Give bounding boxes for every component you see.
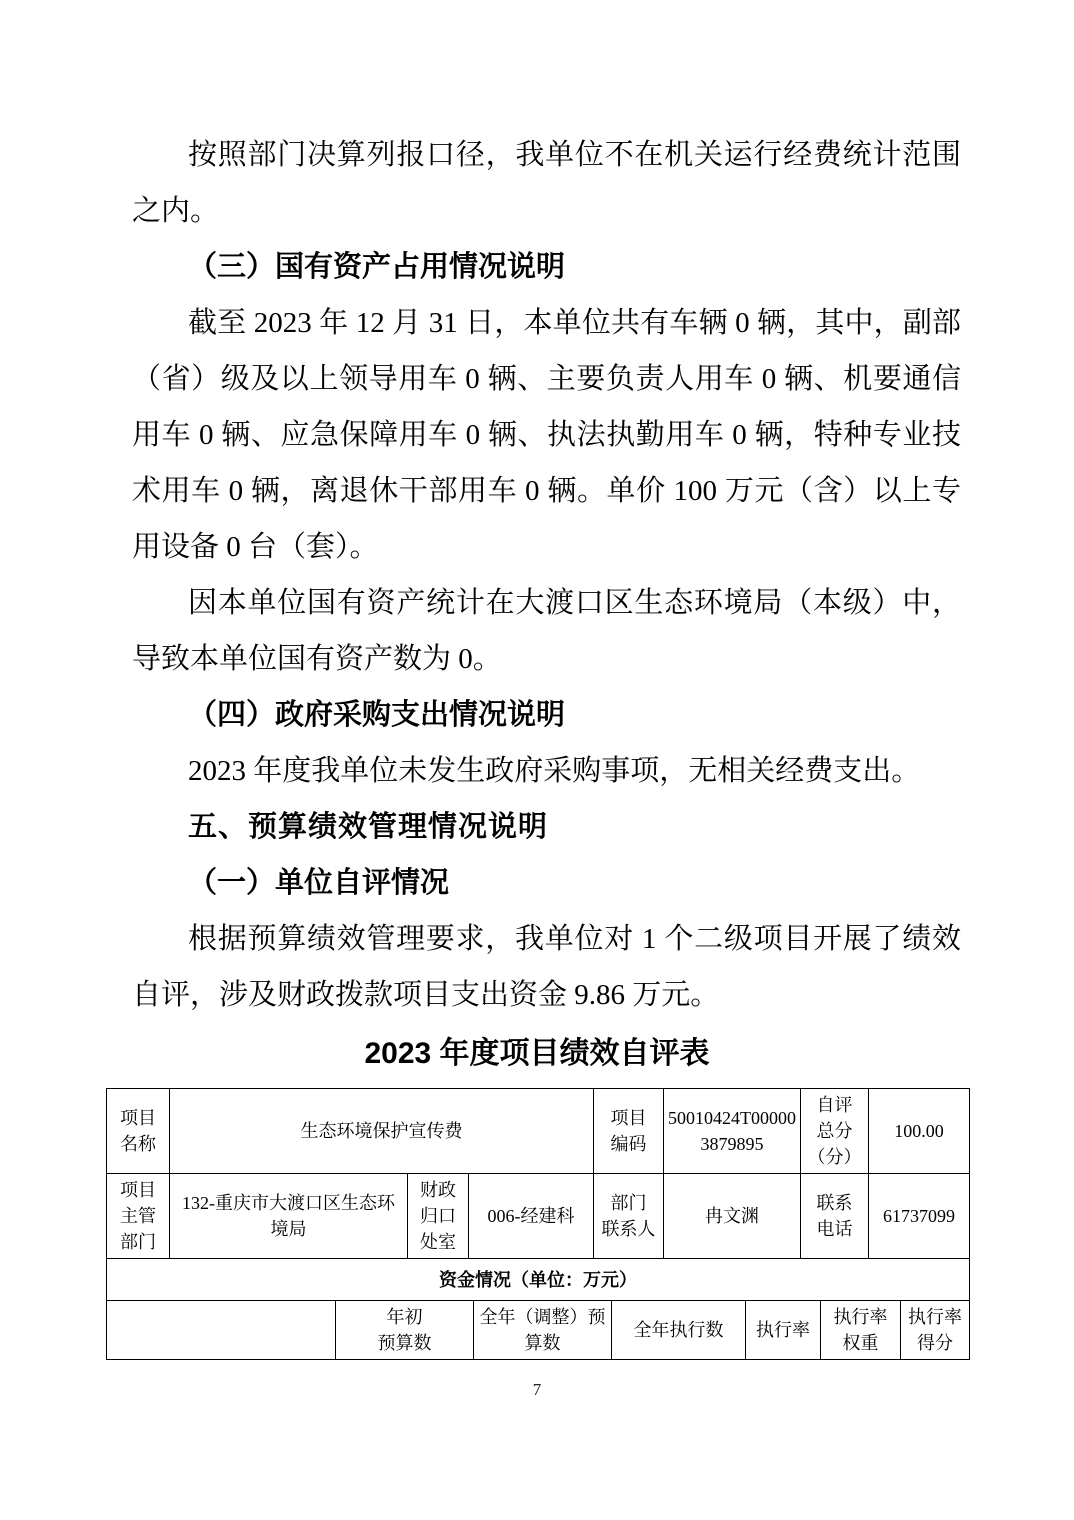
self-score-label: 自评 总分 （分）: [801, 1089, 869, 1173]
project-name-label: 项目 名称: [107, 1089, 170, 1173]
self-score-value: 100.00: [869, 1089, 969, 1173]
table-row: 项目 名称 生态环境保护宣传费 项目 编码 50010424T00000 387…: [107, 1089, 969, 1174]
body-line: 之内。: [132, 183, 961, 239]
finance-office-label: 财政 归口 处室: [408, 1174, 469, 1258]
body-line: 导致本单位国有资产数为 0。: [132, 631, 961, 687]
finance-office-value: 006-经建科: [469, 1174, 594, 1258]
table-title: 2023 年度项目绩效自评表: [0, 1025, 1074, 1083]
execution-rate-header: 执行率: [746, 1301, 821, 1359]
phone-value: 61737099: [869, 1174, 969, 1258]
body-line: 因本单位国有资产统计在大渡口区生态环境局（本级）中，: [132, 575, 961, 631]
section-heading-state-assets: （三）国有资产占用情况说明: [132, 239, 961, 295]
body-line: 用车 0 辆、应急保障用车 0 辆、执法执勤用车 0 辆，特种专业技: [132, 407, 961, 463]
execution-total-header: 全年执行数: [612, 1301, 746, 1359]
body-line: 截至 2023 年 12 月 31 日，本单位共有车辆 0 辆，其中，副部: [132, 295, 961, 351]
phone-label: 联系 电话: [801, 1174, 869, 1258]
body-line: 自评，涉及财政拨款项目支出资金 9.86 万元。: [132, 967, 961, 1023]
body-line: 2023 年度我单位未发生政府采购事项，无相关经费支出。: [132, 743, 961, 799]
execution-rate-score-header: 执行率 得分: [901, 1301, 969, 1359]
body-line: 按照部门决算列报口径，我单位不在机关运行经费统计范围: [132, 127, 961, 183]
table-row: 项目 主管 部门 132-重庆市大渡口区生态环 境局 财政 归口 处室 006-…: [107, 1174, 969, 1259]
execution-rate-weight-header: 执行率 权重: [821, 1301, 901, 1359]
empty-cell: [107, 1301, 336, 1359]
contact-value: 冉文渊: [664, 1174, 801, 1258]
dept-label: 项目 主管 部门: [107, 1174, 170, 1258]
budget-initial-header: 年初 预算数: [336, 1301, 474, 1359]
body-line: （省）级及以上领导用车 0 辆、主要负责人用车 0 辆、机要通信: [132, 351, 961, 407]
body-line: 术用车 0 辆，离退休干部用车 0 辆。单价 100 万元（含）以上专: [132, 463, 961, 519]
project-code-value: 50010424T00000 3879895: [664, 1089, 801, 1173]
dept-value: 132-重庆市大渡口区生态环 境局: [170, 1174, 408, 1258]
page-number: 7: [0, 1376, 1074, 1404]
section-heading-self-evaluation: （一）单位自评情况: [132, 855, 961, 911]
section-heading-gov-procurement: （四）政府采购支出情况说明: [132, 687, 961, 743]
body-line: 根据预算绩效管理要求，我单位对 1 个二级项目开展了绩效: [132, 911, 961, 967]
document-page: { "body": { "lines": [ {"text": "按照部门决算列…: [0, 0, 1074, 1520]
table-row: 资金情况（单位：万元）: [107, 1259, 969, 1301]
performance-self-evaluation-table: 项目 名称 生态环境保护宣传费 项目 编码 50010424T00000 387…: [106, 1088, 970, 1360]
body-line: 用设备 0 台（套）。: [132, 519, 961, 575]
project-code-label: 项目 编码: [594, 1089, 664, 1173]
table-row: 年初 预算数 全年（调整）预 算数 全年执行数 执行率 执行率 权重 执行率 得…: [107, 1301, 969, 1359]
project-name-value: 生态环境保护宣传费: [170, 1089, 594, 1173]
funds-section-header: 资金情况（单位：万元）: [107, 1259, 969, 1300]
budget-adjusted-header: 全年（调整）预 算数: [474, 1301, 612, 1359]
contact-label: 部门 联系人: [594, 1174, 664, 1258]
document-body: 按照部门决算列报口径，我单位不在机关运行经费统计范围 之内。 （三）国有资产占用…: [132, 127, 961, 1023]
chapter-heading-budget-performance: 五、预算绩效管理情况说明: [132, 799, 961, 855]
